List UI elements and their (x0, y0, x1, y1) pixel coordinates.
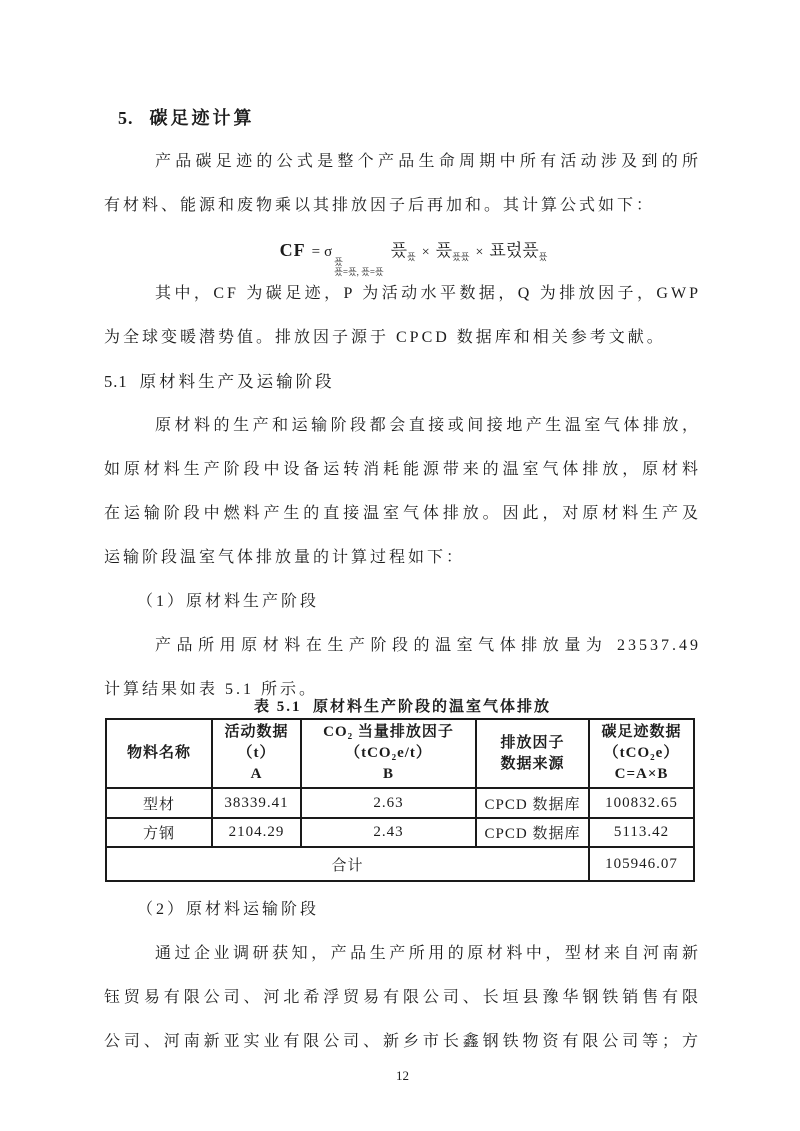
heading-title: 碳足迹计算 (150, 108, 255, 128)
formula-term-1-main: 픘 (391, 241, 407, 260)
formula-sigma: σ (324, 244, 332, 260)
total-label: 合计 (106, 847, 589, 881)
page-number: 12 (104, 1068, 701, 1084)
paragraph-2: 其中，CF 为碳足迹，P 为活动水平数据，Q 为排放因子，GWP 为全球变暖潜势… (104, 272, 701, 360)
section-title: 原材料生产及运输阶段 (140, 372, 335, 391)
cell-footprint: 5113.42 (589, 818, 694, 847)
paragraph-line: 运输阶段温室气体排放量的计算过程如下： (104, 536, 701, 580)
paragraph-1: 产品碳足迹的公式是整个产品生命周期中所有活动涉及到的所 有材料、能源和废物乘以其… (104, 140, 701, 228)
formula-equals: = (312, 244, 320, 260)
paragraph-line: 原材料的生产和运输阶段都会直接或间接地产生温室气体排放， (104, 404, 701, 448)
section-number: 5.1 (104, 372, 128, 391)
cell-source: CPCD 数据库 (476, 818, 589, 847)
formula-term-2: 픘픘픘 (436, 241, 470, 260)
cell-activity: 38339.41 (212, 788, 301, 818)
formula-term-3-main: 표렀픘 (489, 241, 538, 260)
paragraph-line: 有材料、能源和废物乘以其排放因子后再加和。其计算公式如下： (104, 184, 701, 228)
table-row: 型材 38339.41 2.63 CPCD 数据库 100832.65 (106, 788, 694, 818)
cell-footprint: 100832.65 (589, 788, 694, 818)
formula-term-2-main: 픘 (436, 241, 452, 260)
table-row: 方钢 2104.29 2.43 CPCD 数据库 5113.42 (106, 818, 694, 847)
heading-number: 5. (118, 108, 134, 128)
formula-term-1-sub: 픘 (407, 252, 416, 262)
section-heading-5-1: 5.1原材料生产及运输阶段 (104, 360, 701, 404)
paragraph-line: 公司、河南新亚实业有限公司、新乡市长鑫钢铁物资有限公司等；方 (104, 1020, 701, 1064)
formula-limits-sup: 픘 (334, 257, 383, 267)
table-header-row: 物料名称 活动数据 （t） A CO₂ 当量排放因子 （tCO₂e/t） B 排… (106, 719, 694, 788)
formula-term-3: 표렀픘픘 (489, 241, 547, 260)
col-header-factor-source: 排放因子 数据来源 (476, 719, 589, 788)
paragraph-3: 原材料的生产和运输阶段都会直接或间接地产生温室气体排放， 如原材料生产阶段中设备… (104, 404, 701, 580)
paragraph-line: 钰贸易有限公司、河北希浮贸易有限公司、长垣县豫华钢铁销售有限 (104, 976, 701, 1020)
paragraph-5: 通过企业调研获知，产品生产所用的原材料中，型材来自河南新 钰贸易有限公司、河北希… (104, 932, 701, 1064)
formula-times-2: × (475, 245, 483, 260)
table-5-1: 物料名称 活动数据 （t） A CO₂ 当量排放因子 （tCO₂e/t） B 排… (105, 718, 695, 882)
col-header-emission-factor: CO₂ 当量排放因子 （tCO₂e/t） B (301, 719, 476, 788)
formula-term-3-sub: 픘 (539, 252, 548, 262)
carbon-footprint-formula: CF =σ픘픘=픘, 픘=픘픘픘×픘픘픘×표렀픘픘 (104, 228, 701, 272)
list-item-2: （2）原材料运输阶段 (104, 888, 701, 932)
total-value: 105946.07 (589, 847, 694, 881)
formula-term-2-sub: 픘픘 (452, 252, 469, 262)
formula-times-1: × (422, 245, 430, 260)
col-header-footprint-data: 碳足迹数据 （tCO₂e） C=A×B (589, 719, 694, 788)
cell-source: CPCD 数据库 (476, 788, 589, 818)
paragraph-line: 如原材料生产阶段中设备运转消耗能源带来的温室气体排放，原材料 (104, 448, 701, 492)
formula-lhs: CF (280, 240, 306, 260)
paragraph-line: 为全球变暖潜势值。排放因子源于 CPCD 数据库和相关参考文献。 (104, 316, 701, 360)
cell-factor: 2.63 (301, 788, 476, 818)
paragraph-line: 产品所用原材料在生产阶段的温室气体排放量为 23537.49 tCO₂， (104, 624, 701, 668)
list-item-1: （1）原材料生产阶段 (104, 580, 701, 624)
paragraph-line: 通过企业调研获知，产品生产所用的原材料中，型材来自河南新 (104, 932, 701, 976)
cell-material: 型材 (106, 788, 212, 818)
section-heading-5: 5.碳足迹计算 (118, 96, 701, 140)
document-page: 5.碳足迹计算 产品碳足迹的公式是整个产品生命周期中所有活动涉及到的所 有材料、… (0, 0, 800, 1131)
paragraph-line: 产品碳足迹的公式是整个产品生命周期中所有活动涉及到的所 (104, 140, 701, 184)
cell-factor: 2.43 (301, 818, 476, 847)
formula-term-1: 픘픘 (391, 241, 416, 260)
paragraph-line: 在运输阶段中燃料产生的直接温室气体排放。因此，对原材料生产及 (104, 492, 701, 536)
cell-material: 方钢 (106, 818, 212, 847)
paragraph-line: 其中，CF 为碳足迹，P 为活动水平数据，Q 为排放因子，GWP (104, 272, 701, 316)
cell-activity: 2104.29 (212, 818, 301, 847)
table-total-row: 合计 105946.07 (106, 847, 694, 881)
col-header-material: 物料名称 (106, 719, 212, 788)
col-header-activity-data: 活动数据 （t） A (212, 719, 301, 788)
